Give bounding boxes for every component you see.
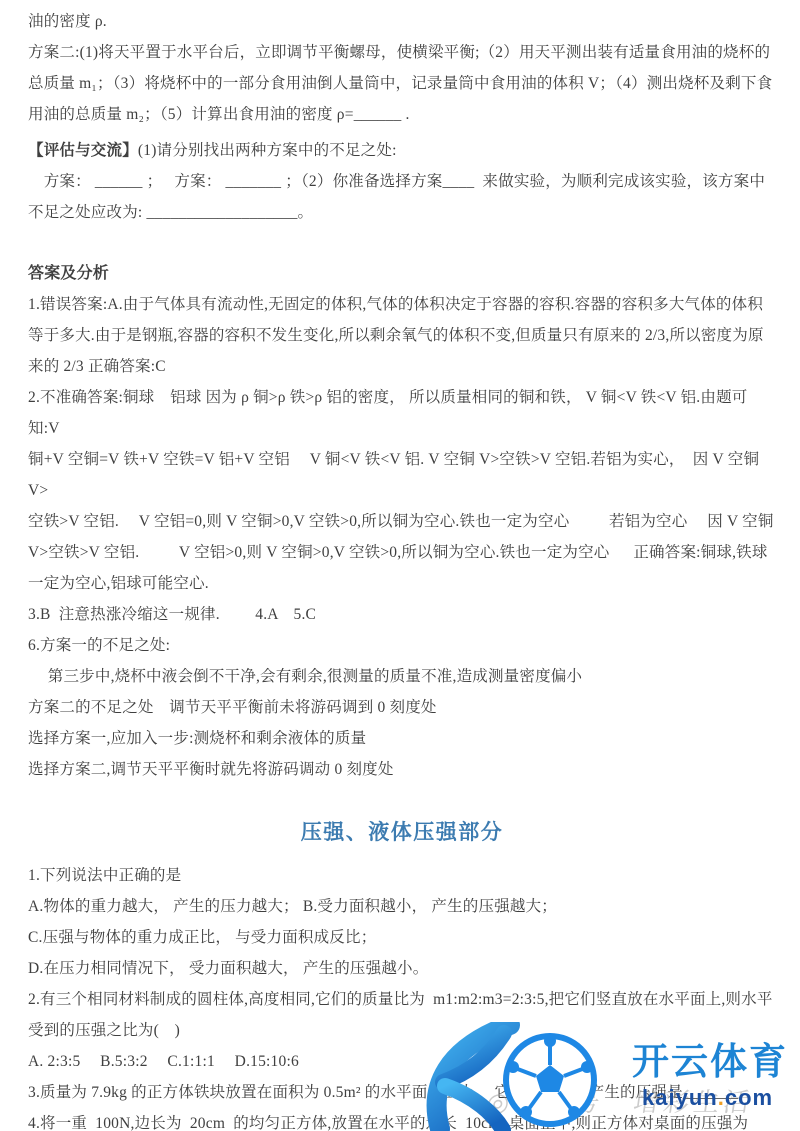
answer-line: 第三步中,烧杯中液会倒不干净,会有剩余,很测量的质量不准,造成测量密度偏小 [28, 661, 776, 692]
question-line: 1.下列说法中正确的是 [28, 860, 776, 891]
answer-line: 选择方案一,应加入一步:测烧杯和剩余液体的质量 [28, 723, 776, 754]
answer-line: 铜+V 空铜=V 铁+V 空铁=V 铝+V 空铝 V 铜<V 铁<V 铝. V … [28, 444, 776, 506]
answer-line: V>空铁>V 空铝. V 空铝>0,则 V 空铜>0,V 空铁>0,所以铜为空心… [28, 537, 776, 568]
answer-line: 一定为空心,铝球可能空心. [28, 568, 776, 599]
evaluation-line: 不足之处应改为: ___________________。 [28, 197, 776, 228]
answer-line: 3.B 注意热涨冷缩这一规律. 4.A 5.C [28, 599, 776, 630]
question-line: 受到的压强之比为( ) [28, 1015, 776, 1046]
answers-heading: 答案及分析 [28, 258, 776, 289]
answer-line: 等于多大.由于是钢瓶,容器的容积不发生变化,所以剩余氧气的体积不变,但质量只有原… [28, 320, 776, 351]
evaluation-text: (1)请分别找出两种方案中的不足之处: [138, 142, 397, 159]
intro-line: 总质量 m₁；（3）将烧杯中的一部分食用油倒人量筒中，记录量筒中食用油的体积 V… [28, 68, 776, 99]
evaluation-line: 方案： ______ ； 方案： _______ ；（2）你准备选择方案____… [28, 166, 776, 197]
evaluation-line: 【评估与交流】(1)请分别找出两种方案中的不足之处: [28, 135, 776, 166]
evaluation-label: 【评估与交流】 [28, 142, 138, 159]
answer-line: 方案二的不足之处 调节天平平衡前未将游码调到 0 刻度处 [28, 692, 776, 723]
intro-line: 方案二:(1)将天平置于水平台后，立即调节平衡螺母，使横梁平衡;（2）用天平测出… [28, 37, 776, 68]
question-line: 4.将一重 100N,边长为 20cm 的均匀正方体,放置在水平的边长 10cm… [28, 1108, 776, 1131]
document-page: 油的密度 ρ. 方案二:(1)将天平置于水平台后，立即调节平衡螺母，使横梁平衡;… [0, 0, 800, 1131]
question-line: A. 2:3:5 B.5:3:2 C.1:1:1 D.15:10:6 [28, 1046, 776, 1077]
question-line: 2.有三个相同材料制成的圆柱体,高度相同,它们的质量比为 m1:m2:m3=2:… [28, 984, 776, 1015]
section-heading-pressure: 压强、液体压强部分 [28, 818, 776, 848]
intro-line: 油的密度 ρ. [28, 6, 776, 37]
answer-line: 1.错误答案:A.由于气体具有流动性,无固定的体积,气体的体积决定于容器的容积.… [28, 289, 776, 320]
question-line: 3.质量为 7.9kg 的正方体铁块放置在面积为 0.5m² 的水平面桌面上， … [28, 1077, 776, 1108]
answer-line: 6.方案一的不足之处: [28, 630, 776, 661]
answer-line: 来的 2/3 正确答案:C [28, 351, 776, 382]
question-line: D.在压力相同情况下， 受力面积越大， 产生的压强越小。 [28, 953, 776, 984]
intro-line: 用油的总质量 m₂；（5）计算出食用油的密度 ρ=______ . [28, 99, 776, 130]
answer-line: 选择方案二,调节天平平衡时就先将游码调动 0 刻度处 [28, 754, 776, 785]
question-line: A.物体的重力越大， 产生的压力越大； B.受力面积越小， 产生的压强越大； [28, 891, 776, 922]
answer-line: 2.不准确答案:铜球 铝球 因为 ρ 铜>ρ 铁>ρ 铝的密度， 所以质量相同的… [28, 382, 776, 444]
question-line: C.压强与物体的重力成正比， 与受力面积成反比； [28, 922, 776, 953]
answer-line: 空铁>V 空铝. V 空铝=0,则 V 空铜>0,V 空铁>0,所以铜为空心.铁… [28, 506, 776, 537]
